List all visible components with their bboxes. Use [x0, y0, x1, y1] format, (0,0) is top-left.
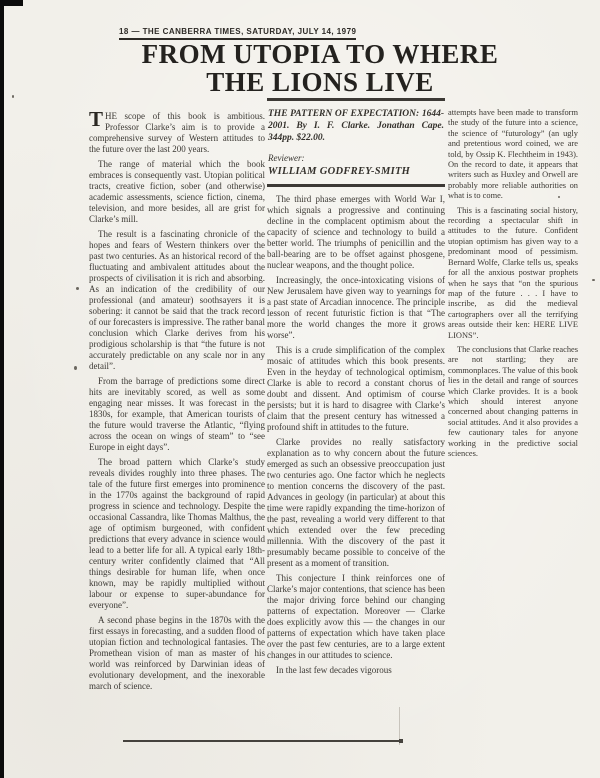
article-end-rule — [123, 740, 401, 742]
article-paragraph: Increasingly, the once-intoxicating visi… — [267, 275, 445, 341]
article-paragraph: Clarke provides no really satisfactory e… — [267, 437, 445, 569]
scan-corner-mark — [0, 0, 23, 6]
article-paragraph: This conjecture I think reinforces one o… — [267, 573, 445, 661]
article-headline: FROM UTOPIA TO WHERE THE LIONS LIVE — [95, 40, 545, 96]
scan-speck — [76, 287, 79, 290]
article-paragraph: In the last few decades vigorous — [267, 665, 445, 676]
scan-speck — [12, 95, 14, 98]
newspaper-page: 18 — THE CANBERRA TIMES, SATURDAY, JULY … — [0, 0, 600, 778]
scan-edge-strip — [0, 0, 4, 778]
headline-line-1: FROM UTOPIA TO WHERE — [95, 40, 545, 68]
article-column-3: attempts have been made to transform the… — [448, 108, 578, 463]
book-details: THE PATTERN OF EXPECTATION: 1644-2001. B… — [268, 108, 444, 144]
article-paragraph: The result is a fascinating chronicle of… — [89, 229, 265, 372]
headline-line-2: THE LIONS LIVE — [95, 68, 545, 96]
drop-cap: T — [89, 111, 103, 128]
article-paragraph: The conclusions that Clarke reaches are … — [448, 345, 578, 459]
article-paragraph: From the barrage of predictions some dir… — [89, 376, 265, 453]
article-paragraph: This is a fascinating social history, re… — [448, 206, 578, 341]
book-review-box: THE PATTERN OF EXPECTATION: 1644-2001. B… — [267, 98, 445, 187]
article-paragraph: A second phase begins in the 1870s with … — [89, 615, 265, 692]
reviewer-name: WILLIAM GODFREY-SMITH — [268, 165, 444, 178]
article-paragraph: This is a crude simplification of the co… — [267, 345, 445, 433]
article-paragraph: The range of material which the book emb… — [89, 159, 265, 225]
article-paragraph: The third phase emerges with World War I… — [267, 194, 445, 271]
article-column-2: THE PATTERN OF EXPECTATION: 1644-2001. B… — [267, 98, 445, 680]
article-lead-paragraph: THE scope of this book is ambitious. Pro… — [89, 111, 265, 155]
article-paragraph: attempts have been made to transform the… — [448, 108, 578, 202]
scan-speck — [592, 279, 595, 281]
scan-speck — [74, 366, 77, 370]
reviewer-label: Reviewer: — [268, 153, 444, 164]
article-paragraph: The broad pattern which Clarke’s study r… — [89, 457, 265, 611]
article-column-1: THE scope of this book is ambitious. Pro… — [89, 111, 265, 696]
lead-paragraph-text: HE scope of this book is ambitious. Prof… — [89, 111, 265, 154]
